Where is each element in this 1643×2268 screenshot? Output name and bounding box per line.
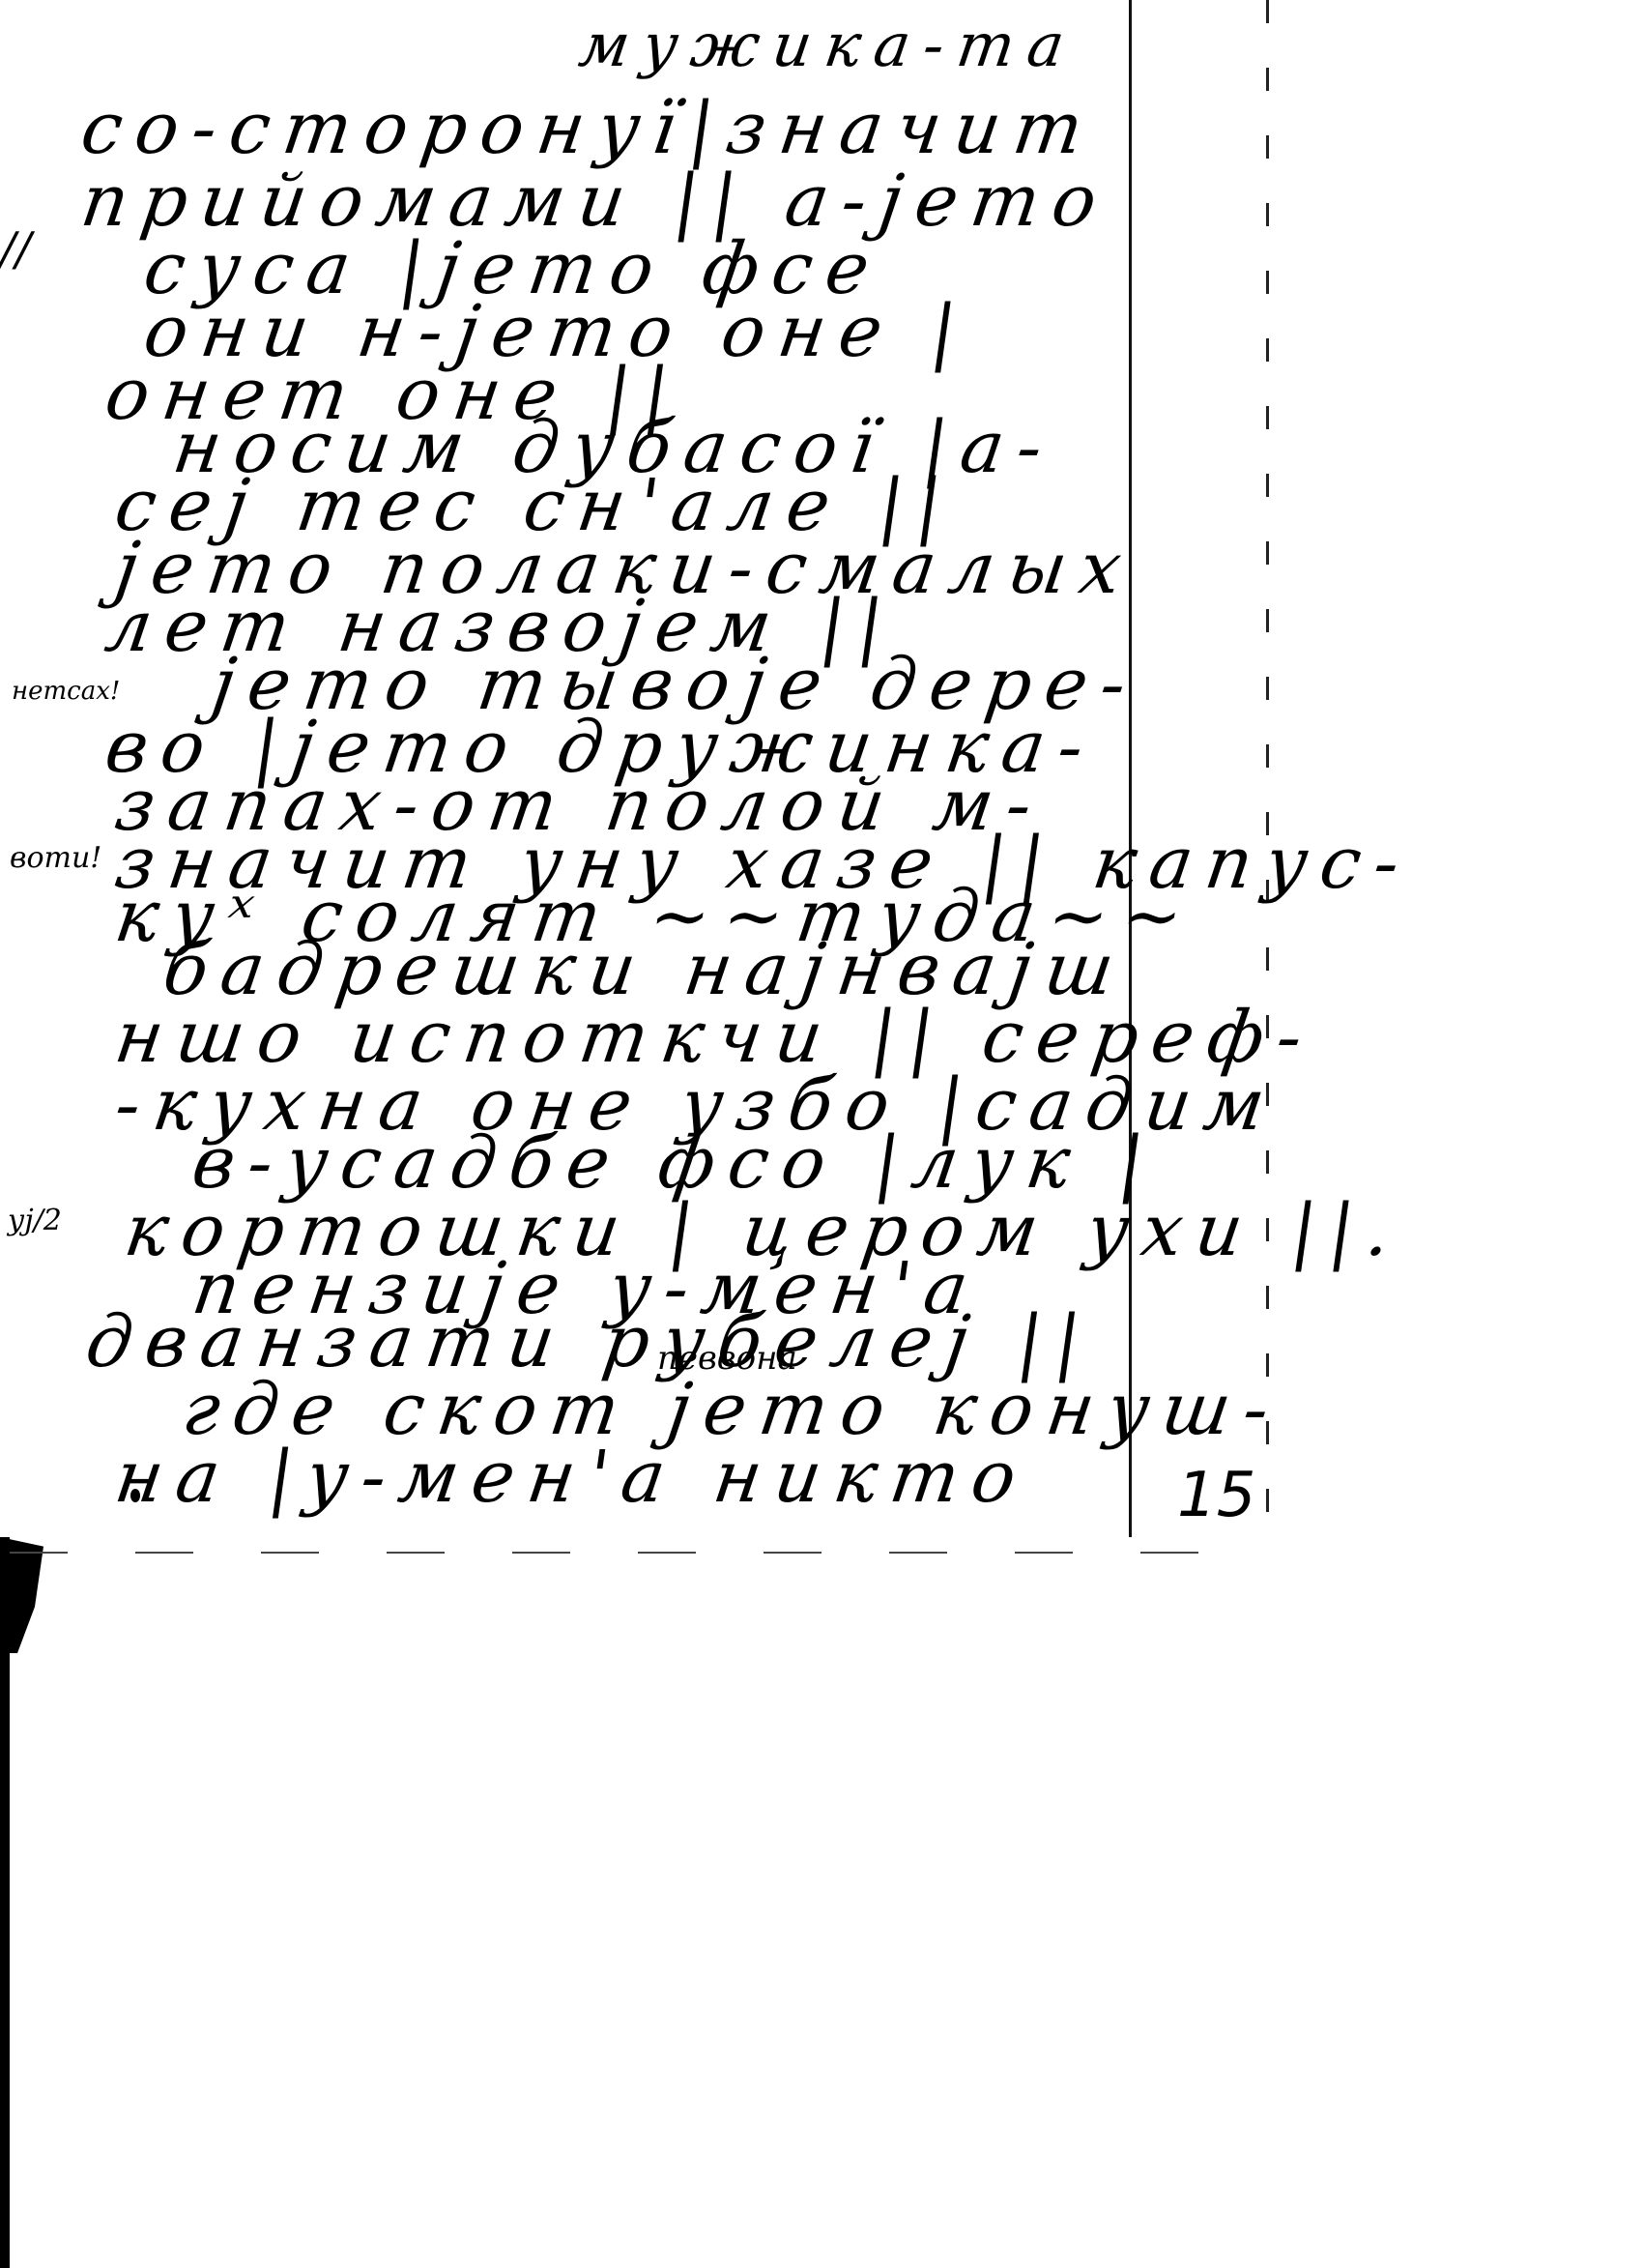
margin-note-3: уј/2	[8, 1204, 62, 1237]
header-line: мужика-та	[575, 10, 1082, 80]
margin-note-1: нетсах!	[12, 677, 120, 706]
text-line-1: со-сторонуї|значит	[76, 87, 1102, 170]
scan-corner-blot	[0, 1537, 43, 1653]
document-page: мужика-та со-сторонуї|значит прийомами |…	[0, 0, 1643, 2268]
text-line-23: на |у-мен'а никто	[110, 1436, 1035, 1519]
page-bottom-edge	[10, 1552, 1237, 1554]
right-dashed-edge	[1266, 0, 1269, 1527]
margin-note-2: воти!	[10, 841, 101, 875]
ink-dot	[130, 1489, 140, 1502]
vertical-margin-line	[1129, 0, 1132, 1537]
margin-mark: //	[0, 222, 31, 276]
page-number: 15	[1177, 1460, 1255, 1531]
